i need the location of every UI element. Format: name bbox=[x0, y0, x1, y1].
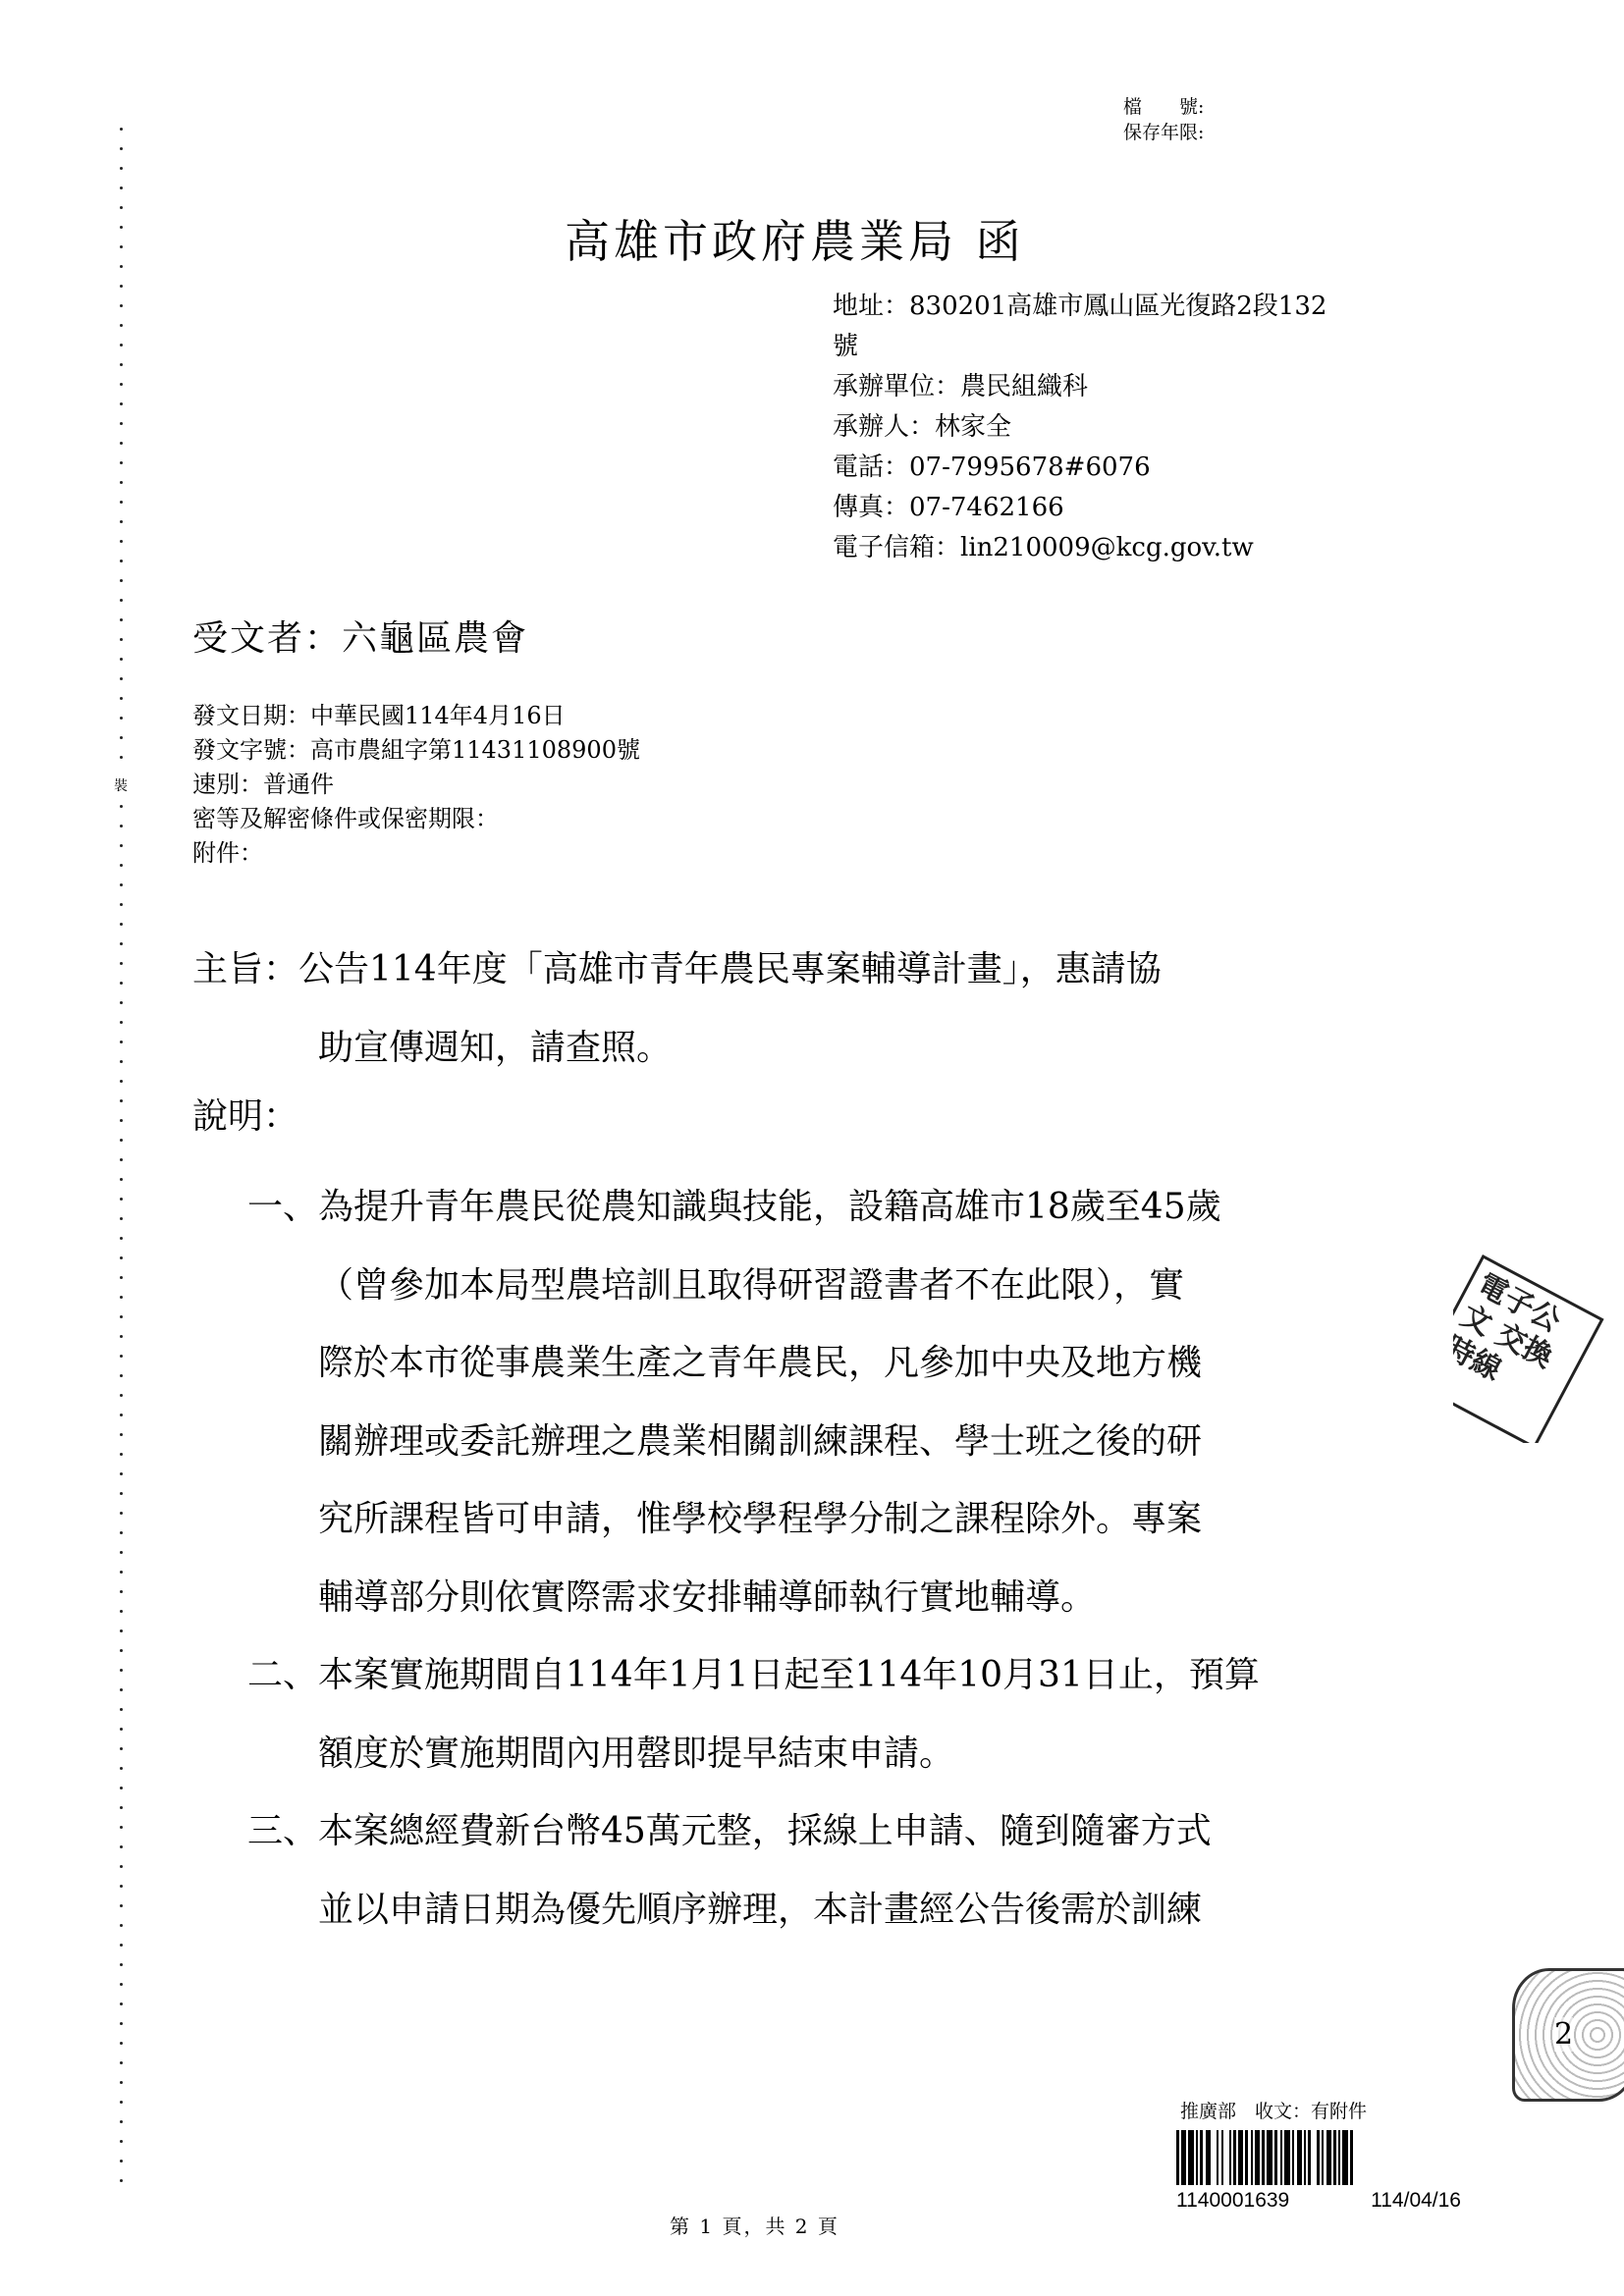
item-number: 三、 bbox=[192, 1792, 318, 1871]
binding-dot bbox=[120, 1335, 123, 1338]
binding-dot bbox=[120, 1139, 123, 1142]
item-text: 本案總經費新台幣45萬元整，採線上申請、隨到隨審方式 bbox=[318, 1811, 1212, 1851]
binding-dot bbox=[120, 1983, 123, 1986]
sender-email[interactable]: 電子信箱：lin210009@kcg.gov.tw bbox=[833, 528, 1326, 568]
binding-dot bbox=[120, 383, 123, 386]
barcode-block: 推廣部 收文：有附件 1140001639 114/04/16 bbox=[1166, 2099, 1461, 2213]
barcode-number: 1140001639 bbox=[1176, 2189, 1289, 2213]
binding-dot bbox=[120, 844, 123, 847]
binding-dot bbox=[120, 1374, 123, 1377]
binding-mark: 裝 bbox=[114, 779, 128, 793]
binding-dot bbox=[120, 697, 123, 700]
sender-address-line2: 號 bbox=[833, 327, 1326, 367]
binding-dot bbox=[120, 1394, 123, 1397]
sender-info: 地址：830201高雄市鳳山區光復路2段132 號 承辦單位：農民組織科 承辦人… bbox=[833, 287, 1326, 568]
binding-dot bbox=[120, 1041, 123, 1043]
binding-dot bbox=[120, 285, 123, 288]
binding-dot bbox=[120, 1669, 123, 1672]
binding-dot bbox=[120, 717, 123, 720]
binding-dot bbox=[120, 1865, 123, 1868]
explanation-item-line: 額度於實施期間內用罄即提早結束申請。 bbox=[192, 1715, 1260, 1793]
binding-dot bbox=[120, 1198, 123, 1201]
page-seal-number: 2 bbox=[1554, 2017, 1573, 2052]
binding-dot bbox=[120, 923, 123, 926]
binding-dot bbox=[120, 206, 123, 209]
binding-dot bbox=[120, 1119, 123, 1122]
binding-dot bbox=[120, 1826, 123, 1829]
binding-dot bbox=[120, 2101, 123, 2104]
binding-dot bbox=[120, 2002, 123, 2005]
binding-dot bbox=[120, 2160, 123, 2163]
receipt-stamp: 電子公文 交換 時線 bbox=[1453, 1227, 1624, 1443]
binding-dot bbox=[120, 442, 123, 445]
binding-dot bbox=[120, 1256, 123, 1259]
binding-dot bbox=[120, 1512, 123, 1515]
binding-dot bbox=[120, 167, 123, 170]
binding-dot bbox=[120, 1747, 123, 1750]
binding-dot bbox=[120, 1610, 123, 1613]
sender-fax: 傳真：07-7462166 bbox=[833, 488, 1326, 528]
binding-dot bbox=[120, 1531, 123, 1534]
explanation-item-line: 一、為提升青年農民從農知識與技能，設籍高雄市18歲至45歲 bbox=[192, 1168, 1260, 1247]
issue-date: 發文日期：中華民國114年4月16日 bbox=[192, 699, 640, 733]
binding-dot bbox=[120, 1080, 123, 1083]
barcode-icon bbox=[1176, 2130, 1461, 2185]
binding-dot bbox=[120, 1453, 123, 1456]
binding-dot bbox=[120, 942, 123, 945]
binding-dot bbox=[120, 2179, 123, 2182]
file-number-label: 檔 號: bbox=[1123, 94, 1204, 120]
binding-dot bbox=[120, 1060, 123, 1063]
binding-dot bbox=[120, 481, 123, 484]
item-number: 二、 bbox=[192, 1636, 318, 1715]
explanation-item-line: 輔導部分則依實際需求安排輔導師執行實地輔導。 bbox=[192, 1559, 1260, 1637]
explanation-item-line: 二、本案實施期間自114年1月1日起至114年10月31日止，預算 bbox=[192, 1636, 1260, 1715]
item-text: 為提升青年農民從農知識與技能，設籍高雄市18歲至45歲 bbox=[318, 1187, 1221, 1227]
binding-dot bbox=[120, 677, 123, 680]
binding-dot bbox=[120, 1571, 123, 1574]
binding-dot bbox=[120, 756, 123, 759]
retention-period-label: 保存年限: bbox=[1123, 120, 1204, 145]
binding-dot bbox=[120, 736, 123, 739]
binding-dot bbox=[120, 1472, 123, 1475]
item-number: 一、 bbox=[192, 1168, 318, 1247]
binding-dot bbox=[120, 265, 123, 268]
receipt-stamp-text: 電子公文 交換 時線 bbox=[1453, 1255, 1604, 1443]
binding-dot bbox=[120, 962, 123, 965]
binding-dot bbox=[120, 2061, 123, 2064]
binding-dot bbox=[120, 1629, 123, 1632]
page-footer: 第 1 頁，共 2 頁 bbox=[670, 2211, 839, 2239]
sender-handler: 承辦人：林家全 bbox=[833, 407, 1326, 448]
binding-dot bbox=[120, 2140, 123, 2143]
binding-dot bbox=[120, 1315, 123, 1318]
binding-dot bbox=[120, 324, 123, 327]
binding-dot bbox=[120, 805, 123, 808]
binding-dot bbox=[120, 461, 123, 464]
explanation-item-line: 並以申請日期為優先順序辦理，本計畫經公告後需於訓練 bbox=[192, 1871, 1260, 1949]
binding-dot bbox=[120, 1728, 123, 1731]
binding-dot bbox=[120, 1904, 123, 1907]
barcode-label: 推廣部 收文：有附件 bbox=[1166, 2099, 1461, 2124]
sender-phone: 電話：07-7995678#6076 bbox=[833, 448, 1326, 488]
explanation-item-line: 究所課程皆可申請，惟學校學程學分制之課程除外。專案 bbox=[192, 1480, 1260, 1559]
binding-dot bbox=[120, 1276, 123, 1279]
binding-dot bbox=[120, 1944, 123, 1947]
explanation-items: 一、為提升青年農民從農知識與技能，設籍高雄市18歲至45歲（曾參加本局型農培訓且… bbox=[192, 1168, 1260, 1949]
binding-dot bbox=[120, 1492, 123, 1495]
binding-dot bbox=[120, 1158, 123, 1161]
subject: 主旨：公告114年度「高雄市青年農民專案輔導計畫」，惠請協 助宣傳週知，請查照。 bbox=[192, 931, 1162, 1088]
binding-dot bbox=[120, 982, 123, 985]
binding-dot bbox=[120, 2120, 123, 2123]
explanation-item-line: （曾參加本局型農培訓且取得研習證書者不在此限），實 bbox=[192, 1247, 1260, 1325]
binding-dot bbox=[120, 1649, 123, 1652]
binding-dot bbox=[120, 638, 123, 641]
binding-dot bbox=[120, 187, 123, 189]
binding-dot bbox=[120, 1099, 123, 1102]
explanation-label: 說明： bbox=[192, 1088, 298, 1147]
binding-dot bbox=[120, 1021, 123, 1024]
binding-dot bbox=[120, 560, 123, 562]
binding-dot bbox=[120, 883, 123, 886]
binding-dot bbox=[120, 1924, 123, 1927]
urgency: 速別：普通件 bbox=[192, 768, 640, 802]
binding-dot bbox=[120, 344, 123, 347]
binding-dot bbox=[120, 1237, 123, 1240]
binding-dot bbox=[120, 1963, 123, 1966]
document-meta: 發文日期：中華民國114年4月16日 發文字號：高市農組字第1143110890… bbox=[192, 699, 640, 871]
binding-margin: 裝 bbox=[116, 128, 128, 2199]
binding-dot bbox=[120, 363, 123, 366]
binding-dot bbox=[120, 402, 123, 405]
recipient: 受文者：六龜區農會 bbox=[192, 611, 528, 661]
binding-dot bbox=[120, 1767, 123, 1770]
subject-line-1: 主旨：公告114年度「高雄市青年農民專案輔導計畫」，惠請協 bbox=[192, 931, 1162, 1009]
binding-dot bbox=[120, 1217, 123, 1220]
file-meta: 檔 號: 保存年限: bbox=[1123, 94, 1204, 145]
binding-dot bbox=[120, 618, 123, 621]
binding-dot bbox=[120, 864, 123, 867]
binding-dot bbox=[120, 2042, 123, 2045]
binding-dot bbox=[120, 540, 123, 543]
binding-dot bbox=[120, 1414, 123, 1416]
binding-dot bbox=[120, 1001, 123, 1004]
binding-dot bbox=[120, 147, 123, 150]
binding-dot bbox=[120, 903, 123, 906]
attachment: 附件： bbox=[192, 836, 640, 871]
binding-dot bbox=[120, 599, 123, 602]
binding-dot bbox=[120, 1178, 123, 1181]
binding-dot bbox=[120, 245, 123, 248]
binding-dot bbox=[120, 1787, 123, 1789]
binding-dot bbox=[120, 1885, 123, 1888]
binding-dot bbox=[120, 1433, 123, 1436]
explanation-item-line: 關辦理或委託辦理之農業相關訓練課程、學士班之後的研 bbox=[192, 1403, 1260, 1481]
explanation-item-line: 三、本案總經費新台幣45萬元整，採線上申請、隨到隨審方式 bbox=[192, 1792, 1260, 1871]
binding-dot bbox=[120, 1590, 123, 1593]
binding-dot bbox=[120, 2022, 123, 2025]
binding-dot bbox=[120, 422, 123, 425]
sender-address-line1: 地址：830201高雄市鳳山區光復路2段132 bbox=[833, 287, 1326, 327]
binding-dot bbox=[120, 501, 123, 504]
subject-line-2: 助宣傳週知，請查照。 bbox=[192, 1009, 1162, 1088]
binding-dot bbox=[120, 1355, 123, 1358]
binding-dot bbox=[120, 1296, 123, 1299]
binding-dot bbox=[120, 658, 123, 661]
document-number: 發文字號：高市農組字第11431108900號 bbox=[192, 733, 640, 768]
item-text: 本案實施期間自114年1月1日起至114年10月31日止，預算 bbox=[318, 1655, 1260, 1695]
binding-dot bbox=[120, 1806, 123, 1809]
binding-dot bbox=[120, 579, 123, 582]
binding-dot bbox=[120, 1551, 123, 1554]
barcode-date: 114/04/16 bbox=[1371, 2189, 1461, 2213]
binding-dot bbox=[120, 1708, 123, 1711]
binding-dot bbox=[120, 226, 123, 229]
binding-dot bbox=[120, 128, 123, 131]
sender-unit: 承辦單位：農民組織科 bbox=[833, 367, 1326, 407]
binding-dot bbox=[120, 520, 123, 523]
binding-dot bbox=[120, 2081, 123, 2084]
binding-dot bbox=[120, 825, 123, 828]
binding-dot bbox=[120, 304, 123, 307]
document-title: 高雄市政府農業局 函 bbox=[565, 206, 1025, 271]
binding-dot bbox=[120, 1688, 123, 1691]
explanation-item-line: 際於本市從事農業生產之青年農民，凡參加中央及地方機 bbox=[192, 1324, 1260, 1403]
binding-dot bbox=[120, 1845, 123, 1848]
classification: 密等及解密條件或保密期限： bbox=[192, 802, 640, 836]
